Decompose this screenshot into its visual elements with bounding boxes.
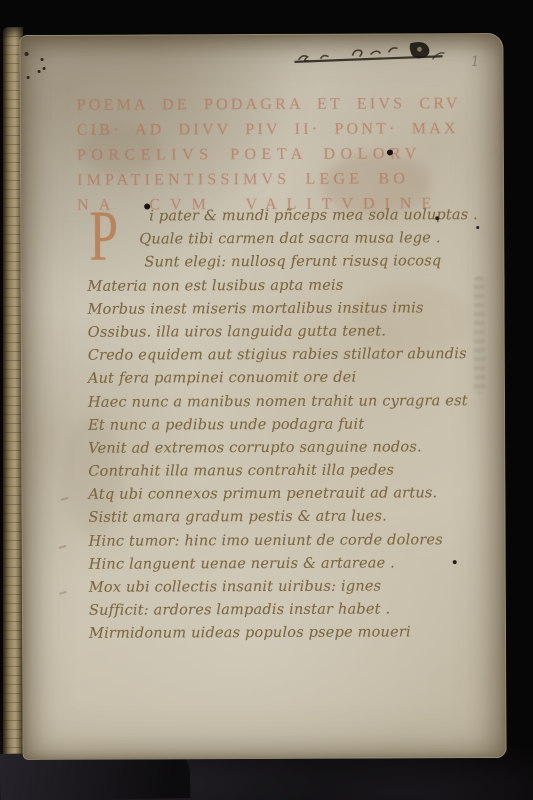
poem-line: Hinc tumor: hinc imo ueniunt de corde do… (89, 529, 499, 554)
margin-mark (59, 591, 67, 595)
ink-spot (144, 203, 150, 209)
ink-spot (453, 560, 457, 564)
poem-line: Venit ad extremos corrupto sanguine nodo… (88, 436, 498, 461)
wormhole (24, 52, 28, 56)
poem-line: Sistit amara gradum pestis & atra lues. (88, 505, 498, 530)
ink-blot-center (417, 47, 422, 52)
manuscript-page: 1 POEMA DE PODAGRA ET EIVS CRVCIB· AD DI… (19, 33, 506, 760)
poem-line: Et nunc a pedibus unde podagra fuit (88, 413, 498, 438)
ink-spot (435, 216, 439, 220)
heading-line: PORCELIVS POETA DOLORV (77, 141, 477, 168)
wormhole (38, 70, 41, 73)
poem-line: Hinc languent uenae neruis & artareae . (89, 552, 499, 577)
ink-spot (476, 226, 479, 229)
heading-line: CIB· AD DIVV PIV II· PONT· MAX (77, 116, 477, 143)
margin-mark (59, 545, 67, 549)
ink-spot (387, 149, 393, 155)
poem-line: Mirmidonum uideas populos psepe moueri (89, 621, 499, 646)
marginal-stamp-smudge (473, 276, 485, 394)
poem-line: Sufficit: ardores lampadis instar habet … (89, 598, 499, 623)
poem-line: Materia non est lusibus apta meis (87, 274, 497, 299)
poem-text-block: i pater & mundi pñceps mea sola uoluptas… (87, 204, 499, 646)
poem-line: Contrahit illa manus contrahit illa pede… (88, 459, 498, 484)
wormhole (43, 67, 46, 70)
photo-background: 1 POEMA DE PODAGRA ET EIVS CRVCIB· AD DI… (0, 0, 533, 800)
poem-line: Credo equidem aut stigius rabies stillat… (88, 343, 498, 368)
wormhole (27, 76, 30, 79)
poem-line: Ossibus. illa uiros languida gutta tenet… (88, 320, 498, 345)
wormhole (41, 58, 44, 61)
title-block: POEMA DE PODAGRA ET EIVS CRVCIB· AD DIVV… (77, 91, 478, 218)
poem-line: Atq ubi connexos primum penetrauit ad ar… (88, 482, 498, 507)
heading-line: IMPATIENTISSIMVS LEGE BO (77, 166, 477, 193)
heading-line: POEMA DE PODAGRA ET EIVS CRV (77, 91, 477, 118)
poem-line: Haec nunc a manibus nomen trahit un cyra… (88, 389, 498, 414)
poem-line: Aut fera pampinei conuomit ore dei (88, 366, 498, 391)
folio-number: 1 (470, 54, 481, 71)
poem-line: Morbus inest miseris mortalibus insitus … (88, 297, 498, 322)
poem-line: Sunt elegi: nullosq ferunt risusq iocosq (87, 250, 497, 275)
poem-line: Mox ubi collectis insanit uiribus: ignes (89, 575, 499, 600)
crossed-out-inscription (292, 39, 452, 74)
poem-line: Quale tibi carmen dat sacra musa lege . (87, 227, 497, 252)
